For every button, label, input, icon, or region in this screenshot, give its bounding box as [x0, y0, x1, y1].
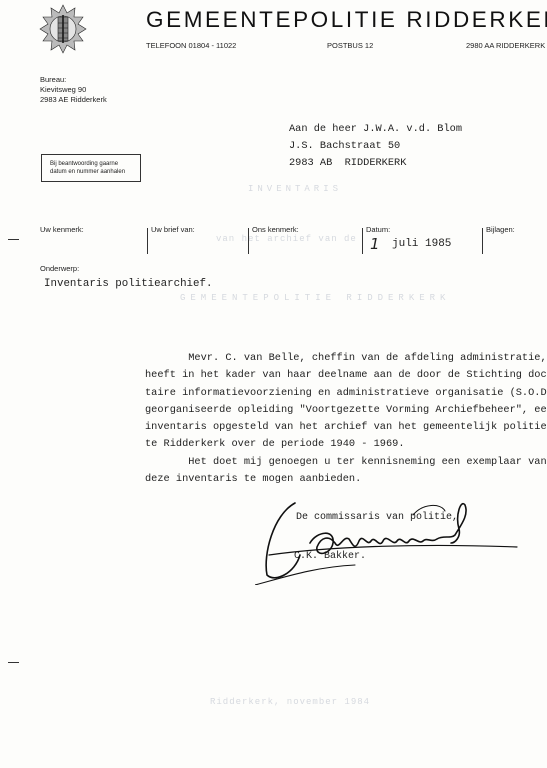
fold-mark — [8, 662, 19, 663]
subject-label: Onderwerp: — [40, 264, 79, 273]
date-value: juli 1985 — [392, 238, 451, 250]
bleed-through-text: Ridderkerk, november 1984 — [210, 697, 370, 707]
bureau-label: Bureau: — [40, 75, 107, 85]
bleed-through-text: INVENTARIS — [248, 184, 342, 194]
field-divider — [248, 228, 249, 254]
bureau-address: Bureau: Kievitsweg 90 2983 AE Ridderkerk — [40, 75, 107, 105]
letterhead-phone: TELEFOON 01804 - 11022 — [146, 41, 236, 50]
police-star-emblem-icon — [38, 4, 88, 54]
date-day-handwritten: 1 — [370, 235, 380, 253]
attachments-label: Bijlagen: — [486, 225, 515, 234]
your-reference-label: Uw kenmerk: — [40, 225, 84, 234]
field-divider — [362, 228, 363, 254]
bureau-street: Kievitsweg 90 — [40, 85, 107, 95]
subject-value: Inventaris politiearchief. — [44, 278, 212, 290]
reply-box-line-2: datum en nummer aanhalen — [50, 168, 140, 176]
addressee-name: Aan de heer J.W.A. v.d. Blom — [289, 121, 462, 138]
organization-name: GEMEENTEPOLITIE RIDDERKERK — [146, 7, 547, 33]
our-reference-label: Ons kenmerk: — [252, 225, 299, 234]
addressee-block: Aan de heer J.W.A. v.d. BlomJ.S. Bachstr… — [289, 121, 462, 172]
letterhead-postal-city: 2980 AA RIDDERKERK — [466, 41, 545, 50]
fold-mark — [8, 239, 19, 240]
date-label: Datum: — [366, 225, 390, 234]
field-divider — [147, 228, 148, 254]
addressee-street: J.S. Bachstraat 50 — [289, 138, 462, 155]
reply-box-line-1: Bij beantwoording gaarne — [50, 160, 140, 168]
handwritten-signature — [255, 495, 545, 585]
letter-body: Mevr. C. van Belle, cheffin van de afdel… — [145, 350, 547, 488]
reply-instruction-box: Bij beantwoording gaarne datum en nummer… — [41, 154, 141, 182]
field-divider — [482, 228, 483, 254]
bureau-city: 2983 AE Ridderkerk — [40, 95, 107, 105]
letterhead-pobox: POSTBUS 12 — [327, 41, 373, 50]
addressee-city: 2983 AB RIDDERKERK — [289, 155, 462, 172]
bleed-through-text: van het archief van de — [216, 234, 357, 244]
your-letter-label: Uw brief van: — [151, 225, 195, 234]
bleed-through-text: GEMEENTEPOLITIE RIDDERKERK — [180, 293, 450, 303]
